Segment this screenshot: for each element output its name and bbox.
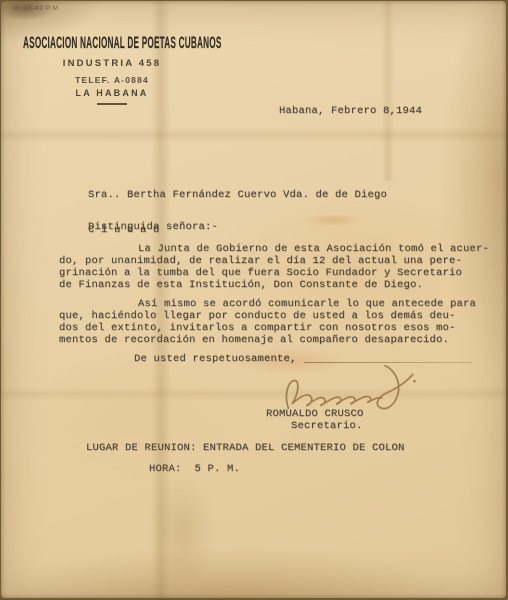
signer-name: ROMUALDO CRUSCO [266, 408, 364, 420]
salutation: Distinguida señora:- [88, 221, 218, 233]
printer-imprint-mark: M. 18-43 P.M. [13, 5, 61, 12]
paragraph-line: dos del extinto, invitarlos a compartir … [59, 322, 477, 334]
meeting-time-line: HORA: 5 P. M. [149, 463, 240, 475]
letterhead-contact-block: INDUSTRIA 458 TELEF. A-0884 LA HABANA [21, 58, 203, 105]
dateline: Habana, Febrero 8,1944 [279, 105, 422, 117]
signer-title: Secretario. [291, 420, 363, 432]
paragraph-line: grinación a la tumba del que fuera Socio… [59, 267, 477, 279]
paragraph-line: de Finanzas de esta Institución, Don Con… [59, 279, 477, 291]
letterhead-city: LA HABANA [21, 88, 203, 98]
letterhead-rule [97, 103, 127, 105]
meeting-place-line: LUGAR DE REUNION: ENTRADA DEL CEMENTERIO… [86, 442, 405, 454]
paragraph-2: Así mismo se acordó comunicarle lo que a… [59, 298, 477, 346]
paragraph-line: Así mismo se acordó comunicarle lo que a… [59, 298, 477, 310]
vertical-crease-right [381, 1, 395, 181]
letterhead-address: INDUSTRIA 458 [21, 58, 203, 69]
organization-name: ASOCIACION NACIONAL DE POETAS CUBANOS [23, 33, 205, 53]
paragraph-line: La Junta de Gobierno de esta Asociación … [59, 243, 477, 255]
letterhead-telephone: TELEF. A-0884 [21, 75, 203, 85]
letter-paper: M. 18-43 P.M. ASOCIACION NACIONAL DE POE… [1, 1, 506, 598]
paragraph-line: mentos de recordación en homenaje al com… [59, 334, 477, 346]
horizontal-fold-crease-lower [1, 387, 506, 401]
closing-line: De usted respetuosamente, [134, 353, 297, 365]
paragraph-1: La Junta de Gobierno de esta Asociación … [59, 243, 477, 291]
paragraph-line: que, haciéndolo llegar por conducto de u… [59, 310, 477, 322]
bottom-smudge [147, 471, 217, 591]
paragraph-line: do, por unanimidad, de realizar el día 1… [59, 255, 477, 267]
scanned-letter-image: M. 18-43 P.M. ASOCIACION NACIONAL DE POE… [0, 0, 508, 600]
horizontal-fold-crease-upper [1, 127, 506, 143]
recipient-name: Sra.. Bertha Fernández Cuervo Vda. de de… [88, 190, 387, 202]
